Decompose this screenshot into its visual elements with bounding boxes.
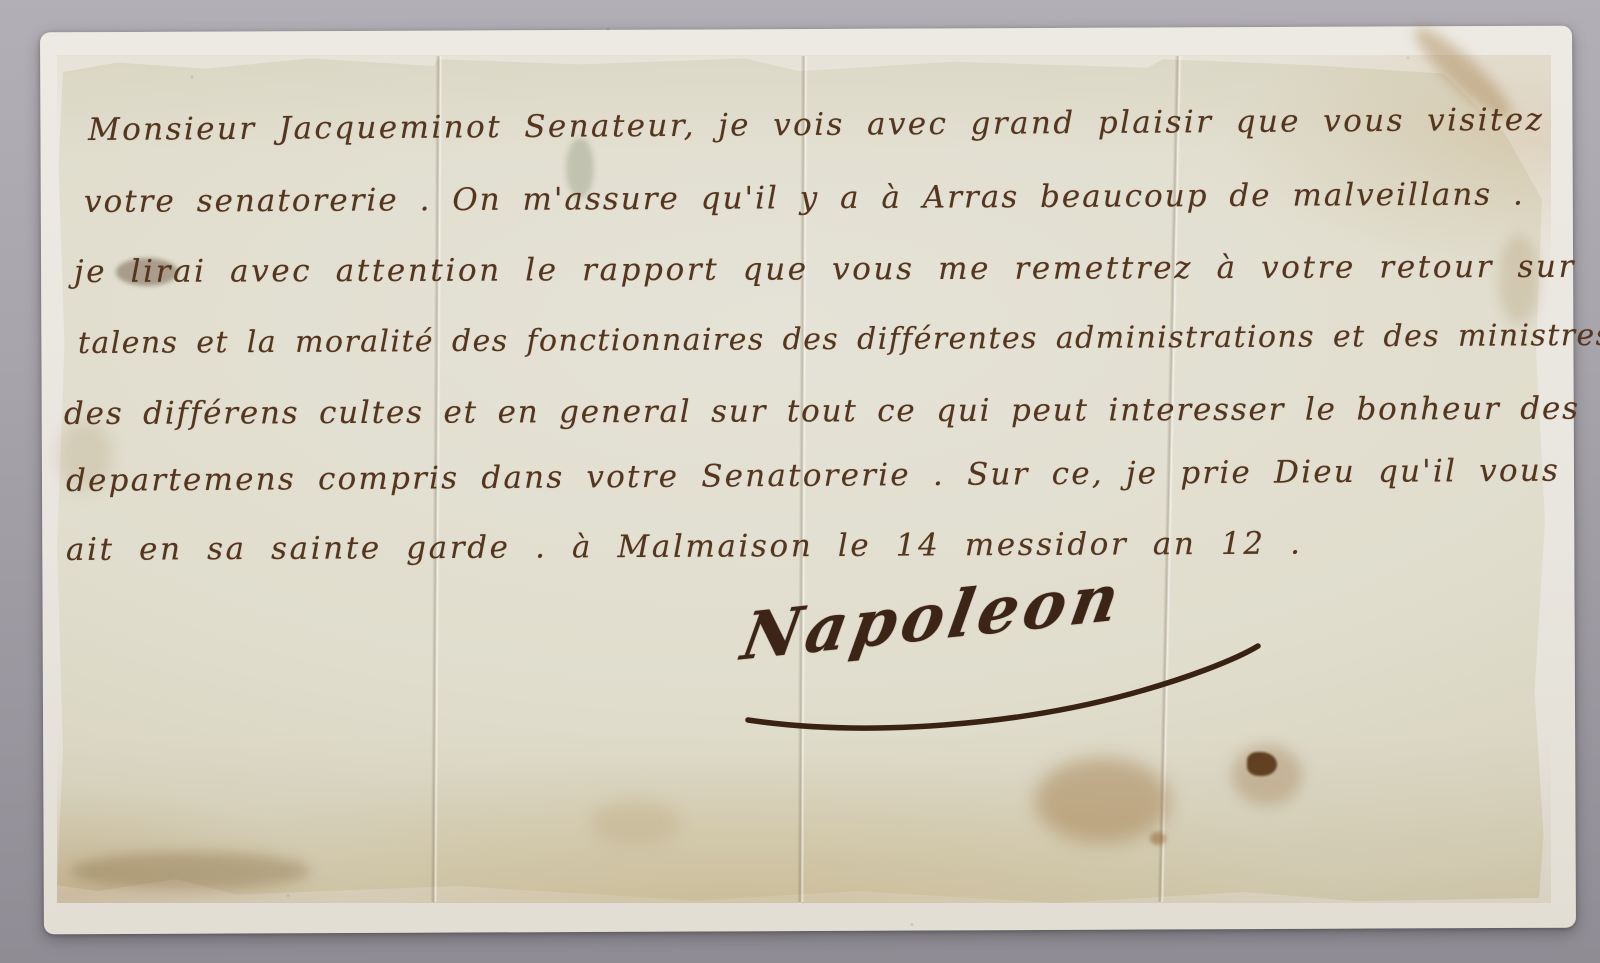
letter-line-3: je lirai avec attention le rapport que v… — [74, 248, 1600, 290]
letter-line-5: des différens cultes et en general sur t… — [64, 391, 1580, 432]
letter-line-2: votre senatorerie . On m'assure qu'il y … — [84, 176, 1525, 220]
photograph-of-letter: Monsieur Jacqueminot Senateur, je vois a… — [0, 0, 1600, 963]
